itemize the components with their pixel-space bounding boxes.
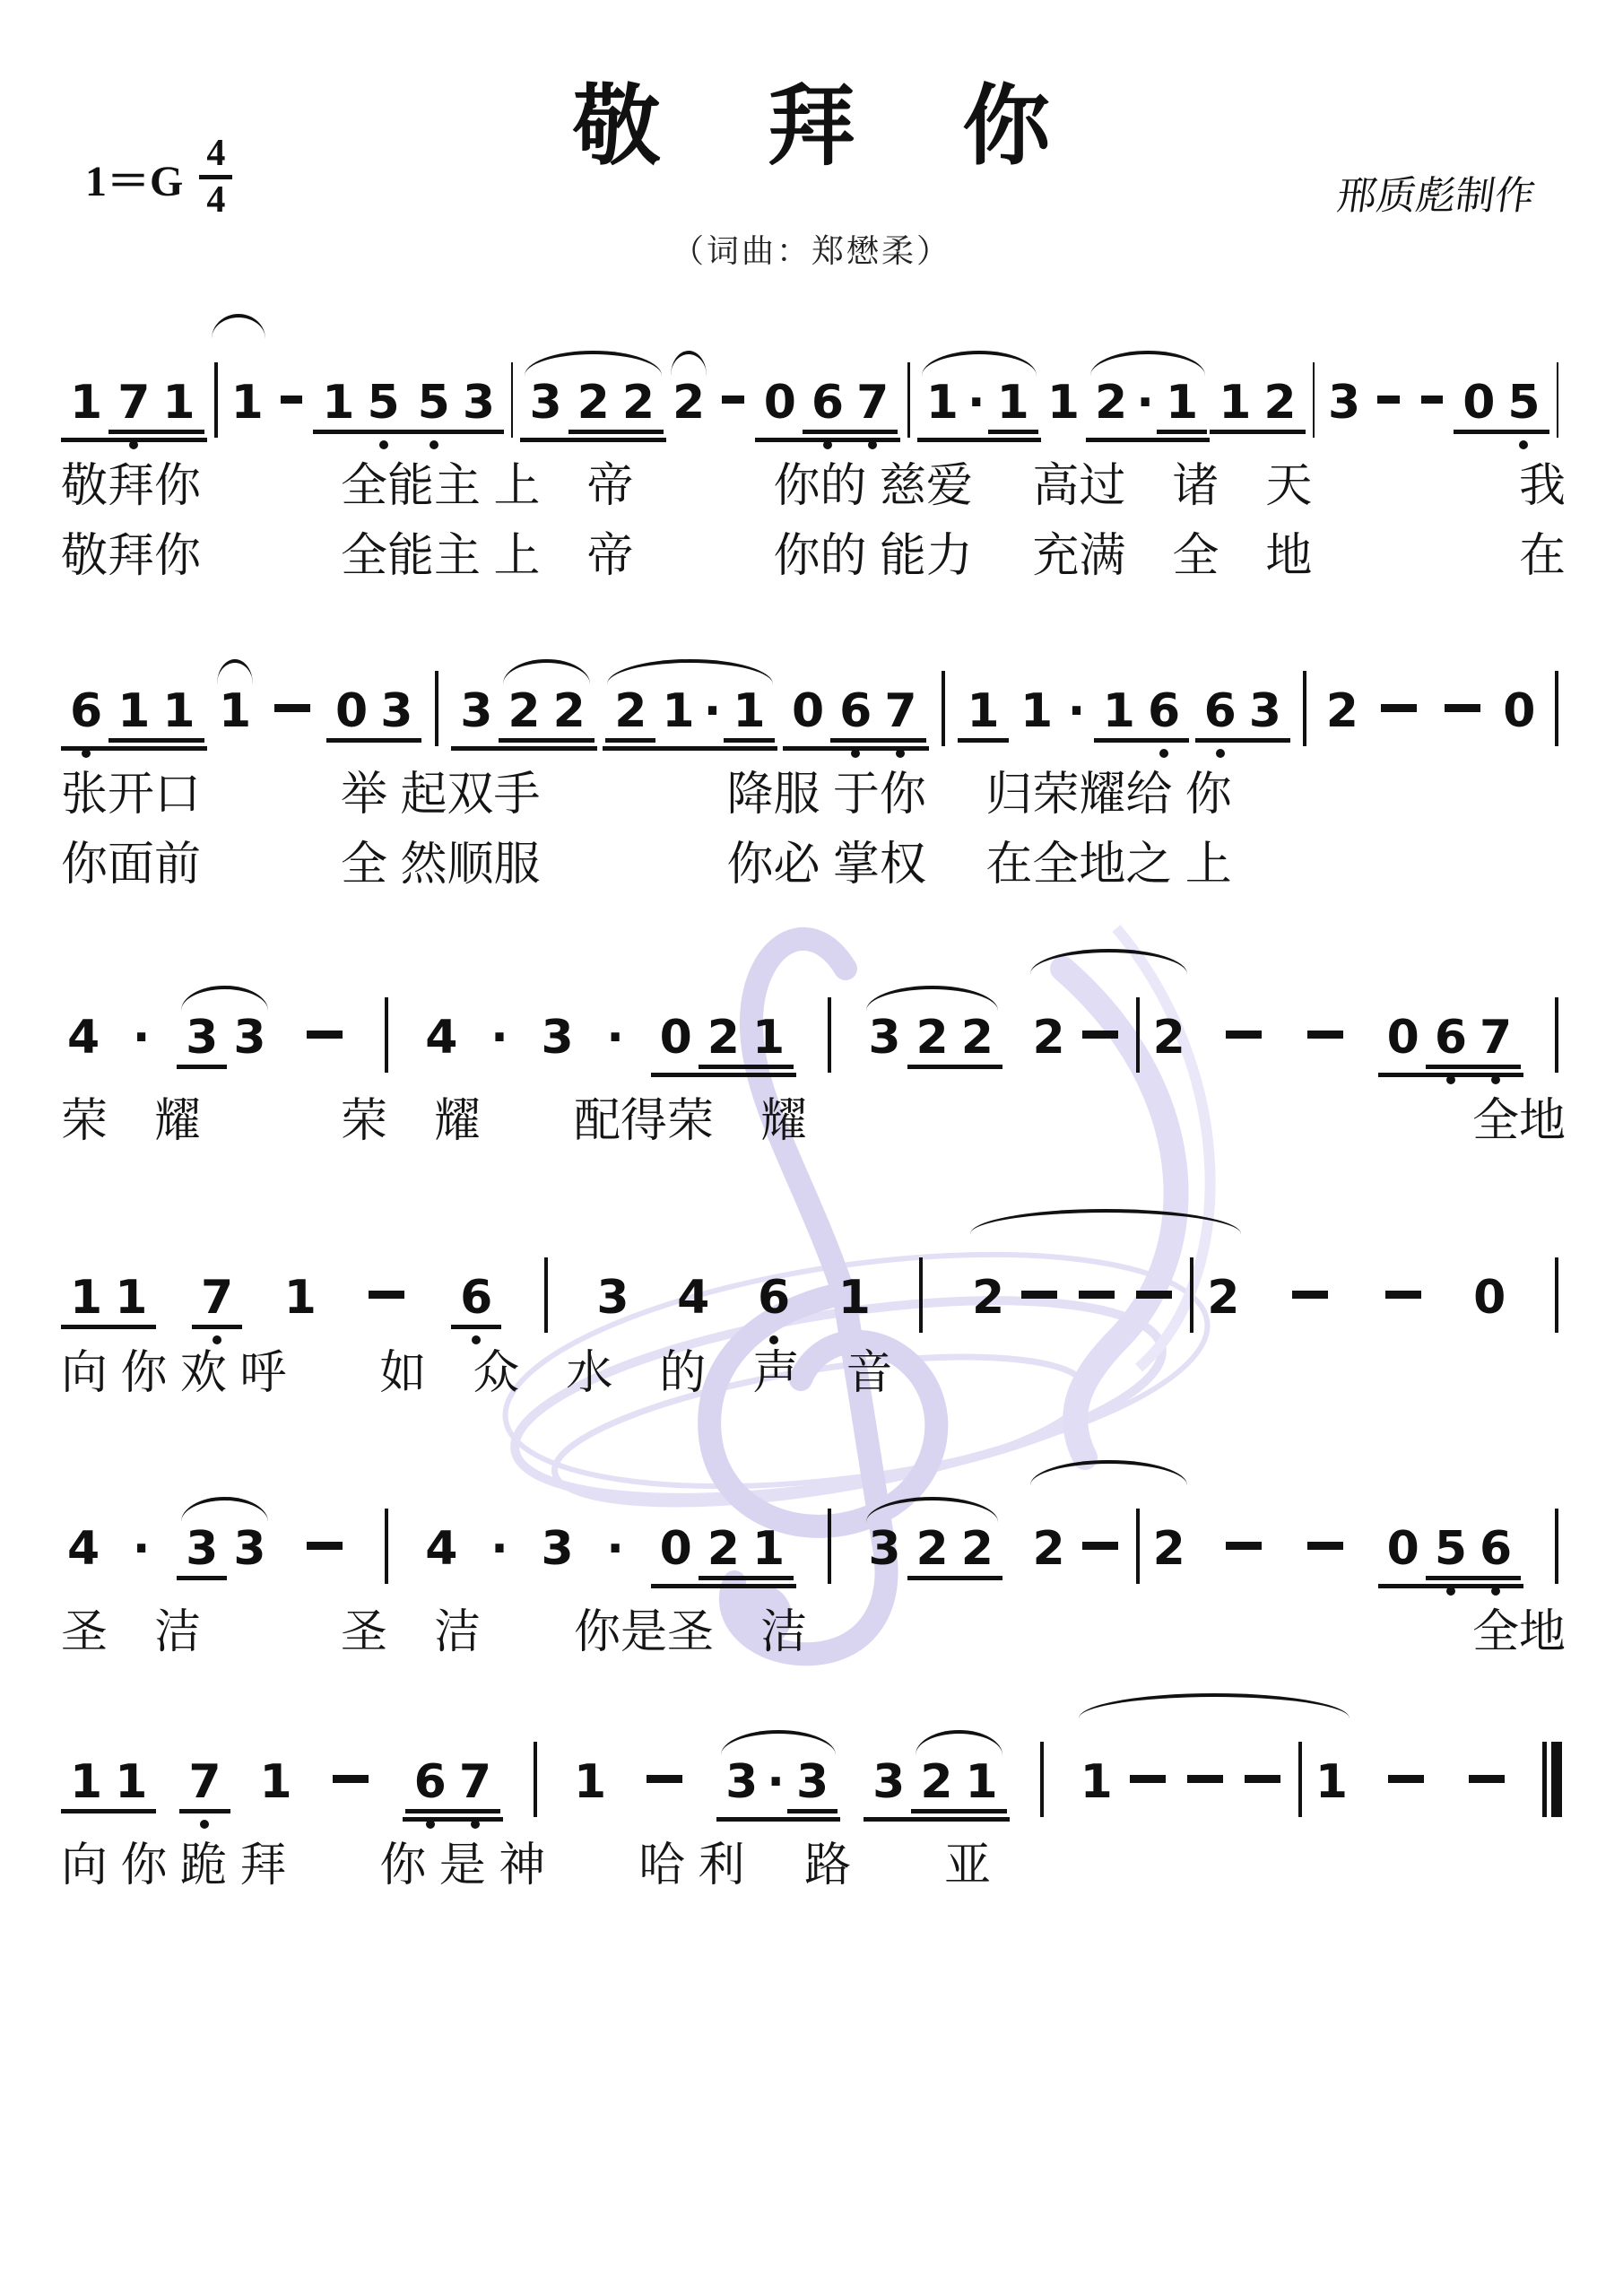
note: 2 — [916, 1526, 949, 1572]
beam-group: 67 — [403, 1759, 503, 1822]
note: 2 — [577, 379, 610, 426]
beam-group: 22 — [568, 379, 664, 434]
barline — [1555, 997, 1558, 1073]
music-line-2: 61110332221·106711·166320 — [61, 619, 1566, 751]
rest-note: 0 — [764, 379, 796, 426]
note: 2 — [920, 1759, 952, 1805]
note: 5 — [1435, 1526, 1467, 1572]
barline — [919, 1257, 923, 1333]
note: 1 — [231, 379, 264, 426]
barline — [1557, 362, 1558, 438]
note: 2 — [1326, 688, 1358, 735]
note: 3 — [796, 1759, 829, 1805]
beam-group: 67 — [405, 1759, 500, 1813]
duration-dash — [1292, 1291, 1328, 1299]
duration-dash — [1187, 1775, 1223, 1783]
barline — [828, 997, 831, 1073]
note: 2 — [553, 688, 586, 735]
note: 7 — [1480, 1014, 1512, 1061]
lyric-text: 敬拜你 全能主 上 帝 你的 能力 充满 全 地 — [61, 530, 1312, 582]
barline — [1040, 1742, 1044, 1817]
note: 6 — [839, 688, 872, 735]
note: 1 — [752, 1014, 785, 1061]
note: 1 — [219, 688, 251, 735]
duration-dash — [369, 1291, 404, 1299]
beam-group: 21·1 — [603, 688, 777, 751]
note: 1 — [162, 379, 195, 426]
note: 1 — [662, 688, 694, 735]
barline — [1190, 1257, 1193, 1333]
note: 1 — [733, 688, 765, 735]
note: 1 — [966, 1759, 998, 1805]
note: 7 — [459, 1759, 491, 1805]
lyric-line-6-1: 向 你 跪 拜 你 是 神 哈 利 路 亚 — [61, 1839, 1566, 1892]
note: 6 — [758, 1274, 790, 1321]
beam-group: 1 — [958, 688, 1008, 743]
slur-group: 1 — [213, 688, 257, 735]
lyric-line-2-2: 你面前 全 然顺服 你必 掌权 在全地之 上 — [61, 839, 1566, 891]
note: 6 — [70, 688, 102, 735]
beam-group: 7 — [179, 1759, 230, 1813]
note: 1 — [284, 1274, 317, 1321]
beam-group: 171 — [61, 379, 207, 442]
note: 4 — [67, 1014, 100, 1061]
note: 1 — [752, 1526, 785, 1572]
note: 3 — [186, 1014, 218, 1061]
beam-group: 21 — [699, 1526, 794, 1580]
duration-dash — [1226, 1031, 1262, 1039]
note: 4 — [677, 1274, 709, 1321]
augmentation-dot: · — [606, 1014, 624, 1061]
note: 2 — [1032, 1014, 1064, 1061]
beam-group: 3 — [177, 1526, 227, 1580]
beam-group: 611 — [61, 688, 207, 751]
slur-group: 3·3 — [716, 1759, 840, 1822]
barline — [1555, 671, 1558, 746]
note: 1 — [260, 1759, 292, 1805]
note: 6 — [414, 1759, 447, 1805]
note: 3 — [1249, 688, 1281, 735]
lyric-text-right: 全地 — [1472, 1606, 1566, 1658]
lyric-text: 圣 洁 圣 洁 你是圣 洁 — [61, 1606, 807, 1658]
duration-dash — [333, 1775, 369, 1783]
barline — [1555, 1257, 1558, 1333]
slur-group: 33 — [177, 1014, 272, 1069]
beam-group: 2·1 — [1086, 379, 1210, 442]
duration-dash — [281, 396, 303, 404]
barline — [385, 1509, 388, 1584]
system-1: 1711155332220671·112·112305敬拜你 全能主 上 帝 你… — [61, 310, 1566, 582]
beam-group: 56 — [1426, 1526, 1521, 1580]
note: 2 — [1095, 379, 1127, 426]
slur-group: 322 — [862, 1526, 1002, 1580]
beam-group: 6 — [451, 1274, 501, 1329]
music-line-5: 4·334·3·02132222056 — [61, 1457, 1566, 1588]
lyric-line-4-1: 向 你 欢 呼 如 众 水 的 声 音 — [61, 1347, 1566, 1399]
lyric-line-1-1: 敬拜你 全能主 上 帝 你的 慈爱 高过 诸 天我 — [61, 460, 1566, 512]
note: 1 — [926, 379, 959, 426]
note: 2 — [1153, 1526, 1185, 1572]
note: 3 — [186, 1526, 218, 1572]
lyric-text: 向 你 跪 拜 你 是 神 哈 利 路 亚 — [61, 1839, 991, 1892]
rest-note: 0 — [660, 1014, 692, 1061]
barline — [1303, 671, 1306, 746]
barline — [1136, 1509, 1140, 1584]
duration-dash — [1079, 1291, 1115, 1299]
barline — [544, 1257, 548, 1333]
duration-dash — [1307, 1031, 1343, 1039]
augmentation-dot: · — [133, 1014, 151, 1061]
rest-note: 0 — [335, 688, 368, 735]
note: 1 — [115, 1759, 147, 1805]
note: 1 — [967, 688, 999, 735]
note: 1 — [117, 688, 150, 735]
rest-note: 0 — [1387, 1014, 1419, 1061]
duration-dash — [1307, 1542, 1343, 1550]
beam-group: 021 — [651, 1526, 797, 1588]
note: 2 — [707, 1014, 740, 1061]
note: 2 — [1153, 1014, 1185, 1061]
barline — [214, 362, 218, 438]
beam-group: 067 — [783, 688, 929, 751]
note: 4 — [425, 1014, 457, 1061]
beam-group: 21 — [699, 1014, 794, 1069]
note: 6 — [460, 1274, 492, 1321]
lyric-text: 敬拜你 全能主 上 帝 你的 慈爱 高过 诸 天 — [61, 460, 1312, 512]
barline — [1313, 362, 1315, 438]
note: 3 — [460, 688, 492, 735]
note: 3 — [380, 688, 412, 735]
beam-group: 03 — [326, 688, 421, 743]
beam-group: 321 — [864, 1759, 1010, 1822]
beam-group: 11 — [61, 1759, 156, 1813]
beam-group: 2 — [605, 688, 655, 743]
lyric-line-3-1: 荣 耀 荣 耀 配得荣 耀全地 — [61, 1095, 1566, 1147]
barline — [385, 997, 388, 1073]
note: 2 — [707, 1526, 740, 1572]
slur-group: 322 — [520, 379, 666, 442]
beam-group: 63 — [1195, 688, 1290, 743]
lyric-line-2-1: 张开口 举 起双手 降服 于你 归荣耀给 你 — [61, 769, 1566, 821]
note: 2 — [1032, 1526, 1064, 1572]
rest-note: 0 — [660, 1526, 692, 1572]
beam-group: 67 — [830, 688, 925, 743]
beam-group: 056 — [1378, 1526, 1524, 1588]
beam-group: 67 — [1426, 1014, 1521, 1069]
note: 1 — [322, 379, 354, 426]
beam-group: 53 — [409, 379, 504, 434]
note: 1 — [162, 688, 195, 735]
rest-note: 0 — [1387, 1526, 1419, 1572]
slur-group: 22 — [1026, 978, 1191, 1061]
note: 1 — [1081, 1759, 1113, 1805]
note: 1 — [70, 1274, 102, 1321]
note: 1 — [997, 379, 1029, 426]
note: 6 — [1148, 688, 1180, 735]
slur-group: 11 — [1074, 1722, 1354, 1805]
beam-group: 1 — [724, 688, 774, 743]
note: 1 — [1103, 688, 1135, 735]
note: 5 — [367, 379, 399, 426]
note: 3 — [872, 1759, 905, 1805]
beam-group: 22 — [907, 1526, 1002, 1580]
note: 6 — [811, 379, 844, 426]
duration-dash — [1082, 1542, 1118, 1550]
system-3: 4·334·3·02132222067荣 耀 荣 耀 配得荣 耀全地 — [61, 945, 1566, 1147]
note: 1 — [1020, 688, 1053, 735]
beam-group: 1 — [1157, 379, 1207, 434]
beam-group: 11 — [108, 688, 204, 743]
note: 3 — [1328, 379, 1360, 426]
duration-dash — [1381, 704, 1417, 712]
duration-dash — [1469, 1775, 1505, 1783]
note: 7 — [188, 1759, 221, 1805]
page-content: 敬 拜 你 1＝G 4 4 邢质彪制作 （词曲：郑懋柔） 17111553322… — [0, 0, 1623, 2296]
lyric-line-5-1: 圣 洁 圣 洁 你是圣 洁全地 — [61, 1606, 1566, 1658]
beam-group: 1·1 — [917, 379, 1041, 442]
beam-group: 16 — [1094, 688, 1189, 743]
beam-group: 021 — [651, 1014, 797, 1077]
duration-dash — [1082, 1031, 1118, 1039]
duration-dash — [274, 704, 310, 712]
note: 1 — [70, 379, 102, 426]
rest-note: 0 — [1462, 379, 1495, 426]
duration-dash — [307, 1542, 343, 1550]
duration-dash — [1385, 1291, 1421, 1299]
note: 3 — [541, 1526, 573, 1572]
beam-group: 3·3 — [716, 1759, 840, 1822]
note: 2 — [916, 1014, 949, 1061]
barline — [1298, 1742, 1302, 1817]
augmentation-dot: · — [704, 688, 722, 735]
lyric-text-right: 我 — [1519, 460, 1566, 512]
music-line-6: 11716713·332111 — [61, 1690, 1566, 1822]
duration-dash — [722, 396, 744, 404]
barline — [1136, 997, 1140, 1073]
duration-dash — [307, 1031, 343, 1039]
note: 3 — [725, 1759, 758, 1805]
slur-group: 22 — [966, 1238, 1245, 1321]
augmentation-dot: · — [133, 1526, 151, 1572]
lyric-text: 荣 耀 荣 耀 配得荣 耀 — [61, 1095, 807, 1147]
beam-group: 322 — [451, 688, 597, 751]
note: 2 — [1263, 379, 1296, 426]
system-4: 117163461220向 你 欢 呼 如 众 水 的 声 音 — [61, 1205, 1566, 1399]
note: 3 — [233, 1014, 265, 1061]
slur-group: 33 — [177, 1526, 272, 1580]
barline — [942, 671, 945, 746]
duration-dash — [1377, 396, 1400, 404]
system-5: 4·334·3·02132222056圣 洁 圣 洁 你是圣 洁全地 — [61, 1457, 1566, 1658]
duration-dash — [1445, 704, 1480, 712]
note: 4 — [67, 1526, 100, 1572]
note: 1 — [1047, 379, 1080, 426]
augmentation-dot: · — [1136, 379, 1154, 426]
slur-group: 21 — [911, 1759, 1006, 1813]
beam-group: 11 — [61, 1274, 156, 1329]
note: 1 — [1315, 1759, 1348, 1805]
note: 4 — [425, 1526, 457, 1572]
augmentation-dot: · — [767, 1759, 785, 1805]
barline — [534, 1742, 537, 1817]
note: 3 — [529, 379, 561, 426]
beam-group: 322 — [520, 379, 666, 442]
lyric-text: 张开口 举 起双手 降服 于你 归荣耀给 你 — [61, 769, 1232, 821]
barline — [1555, 1509, 1558, 1584]
augmentation-dot: · — [968, 379, 985, 426]
duration-dash — [1130, 1775, 1166, 1783]
rest-note: 0 — [1503, 688, 1535, 735]
music-systems: 1711155332220671·112·112305敬拜你 全能主 上 帝 你… — [61, 0, 1566, 2296]
slur-group: 1 — [207, 343, 270, 426]
duration-dash — [1388, 1775, 1424, 1783]
augmentation-dot: · — [490, 1014, 508, 1061]
lyric-line-1-2: 敬拜你 全能主 上 帝 你的 能力 充满 全 地在 — [61, 530, 1566, 582]
note: 6 — [1204, 688, 1237, 735]
note: 1 — [1166, 379, 1198, 426]
note: 1 — [838, 1274, 871, 1321]
note: 2 — [961, 1014, 994, 1061]
augmentation-dot: · — [1068, 688, 1086, 735]
note: 2 — [972, 1274, 1004, 1321]
slur-group: 2·1 — [1086, 379, 1210, 442]
beam-group: 067 — [1378, 1014, 1524, 1077]
system-2: 61110332221·106711·166320张开口 举 起双手 降服 于你… — [61, 619, 1566, 891]
rest-note: 0 — [1473, 1274, 1506, 1321]
note: 1 — [115, 1274, 147, 1321]
note: 3 — [596, 1274, 629, 1321]
slur-group: 322 — [862, 1014, 1002, 1069]
beam-group: 15 — [313, 379, 408, 434]
duration-dash — [1226, 1542, 1262, 1550]
note: 3 — [868, 1526, 900, 1572]
beam-group: 7 — [192, 1274, 242, 1329]
note: 2 — [673, 379, 705, 426]
music-line-3: 4·334·3·02132222067 — [61, 945, 1566, 1077]
note: 6 — [1435, 1014, 1467, 1061]
note: 7 — [201, 1274, 233, 1321]
sheet-music-page: 敬 拜 你 1＝G 4 4 邢质彪制作 （词曲：郑懋柔） 17111553322… — [0, 0, 1623, 2296]
slur-group: 22 — [1026, 1489, 1191, 1572]
duration-dash — [1245, 1775, 1280, 1783]
final-barline — [1542, 1742, 1562, 1817]
note: 3 — [233, 1526, 265, 1572]
slur-group: 2 — [666, 379, 711, 426]
duration-dash — [1136, 1291, 1172, 1299]
note: 3 — [463, 379, 495, 426]
barline — [828, 1509, 831, 1584]
note: 7 — [884, 688, 916, 735]
music-line-1: 1711155332220671·112·112305 — [61, 310, 1566, 442]
beam-group: 05 — [1454, 379, 1549, 434]
barline — [907, 362, 909, 438]
duration-dash — [647, 1775, 682, 1783]
note: 3 — [868, 1014, 900, 1061]
slur-group: 1·1 — [917, 379, 1041, 442]
note: 6 — [1480, 1526, 1512, 1572]
note: 2 — [614, 688, 647, 735]
beam-group: 22 — [907, 1014, 1002, 1069]
system-6: 11716713·332111向 你 跪 拜 你 是 神 哈 利 路 亚 — [61, 1690, 1566, 1892]
duration-dash — [1021, 1291, 1057, 1299]
augmentation-dot: · — [606, 1526, 624, 1572]
note: 2 — [508, 688, 540, 735]
lyric-text-right: 全地 — [1472, 1095, 1566, 1147]
lyric-text-right: 在 — [1519, 530, 1566, 582]
beam-group: 3 — [787, 1759, 838, 1813]
note: 2 — [622, 379, 655, 426]
duration-dash — [1421, 396, 1444, 404]
note: 2 — [961, 1526, 994, 1572]
note: 1 — [70, 1759, 102, 1805]
note: 5 — [418, 379, 450, 426]
rest-note: 0 — [792, 688, 824, 735]
beam-group: 1 — [988, 379, 1038, 434]
note: 3 — [541, 1014, 573, 1061]
lyric-text: 你面前 全 然顺服 你必 掌权 在全地之 上 — [61, 839, 1232, 891]
note: 1 — [574, 1759, 606, 1805]
barline — [511, 362, 513, 438]
note: 5 — [1507, 379, 1540, 426]
note: 2 — [1207, 1274, 1239, 1321]
augmentation-dot: · — [490, 1526, 508, 1572]
note: 7 — [856, 379, 889, 426]
slur-group: 21·1 — [603, 688, 777, 751]
note: 7 — [117, 379, 150, 426]
beam-group: 71 — [108, 379, 204, 434]
music-line-4: 117163461220 — [61, 1205, 1566, 1329]
beam-group: 67 — [803, 379, 898, 434]
beam-group: 3 — [177, 1014, 227, 1069]
beam-group: 12 — [1210, 379, 1305, 434]
beam-group: 067 — [755, 379, 901, 442]
barline — [435, 671, 438, 746]
note: 1 — [1219, 379, 1251, 426]
lyric-text: 向 你 欢 呼 如 众 水 的 声 音 — [61, 1347, 892, 1399]
slur-group: 22 — [499, 688, 594, 743]
